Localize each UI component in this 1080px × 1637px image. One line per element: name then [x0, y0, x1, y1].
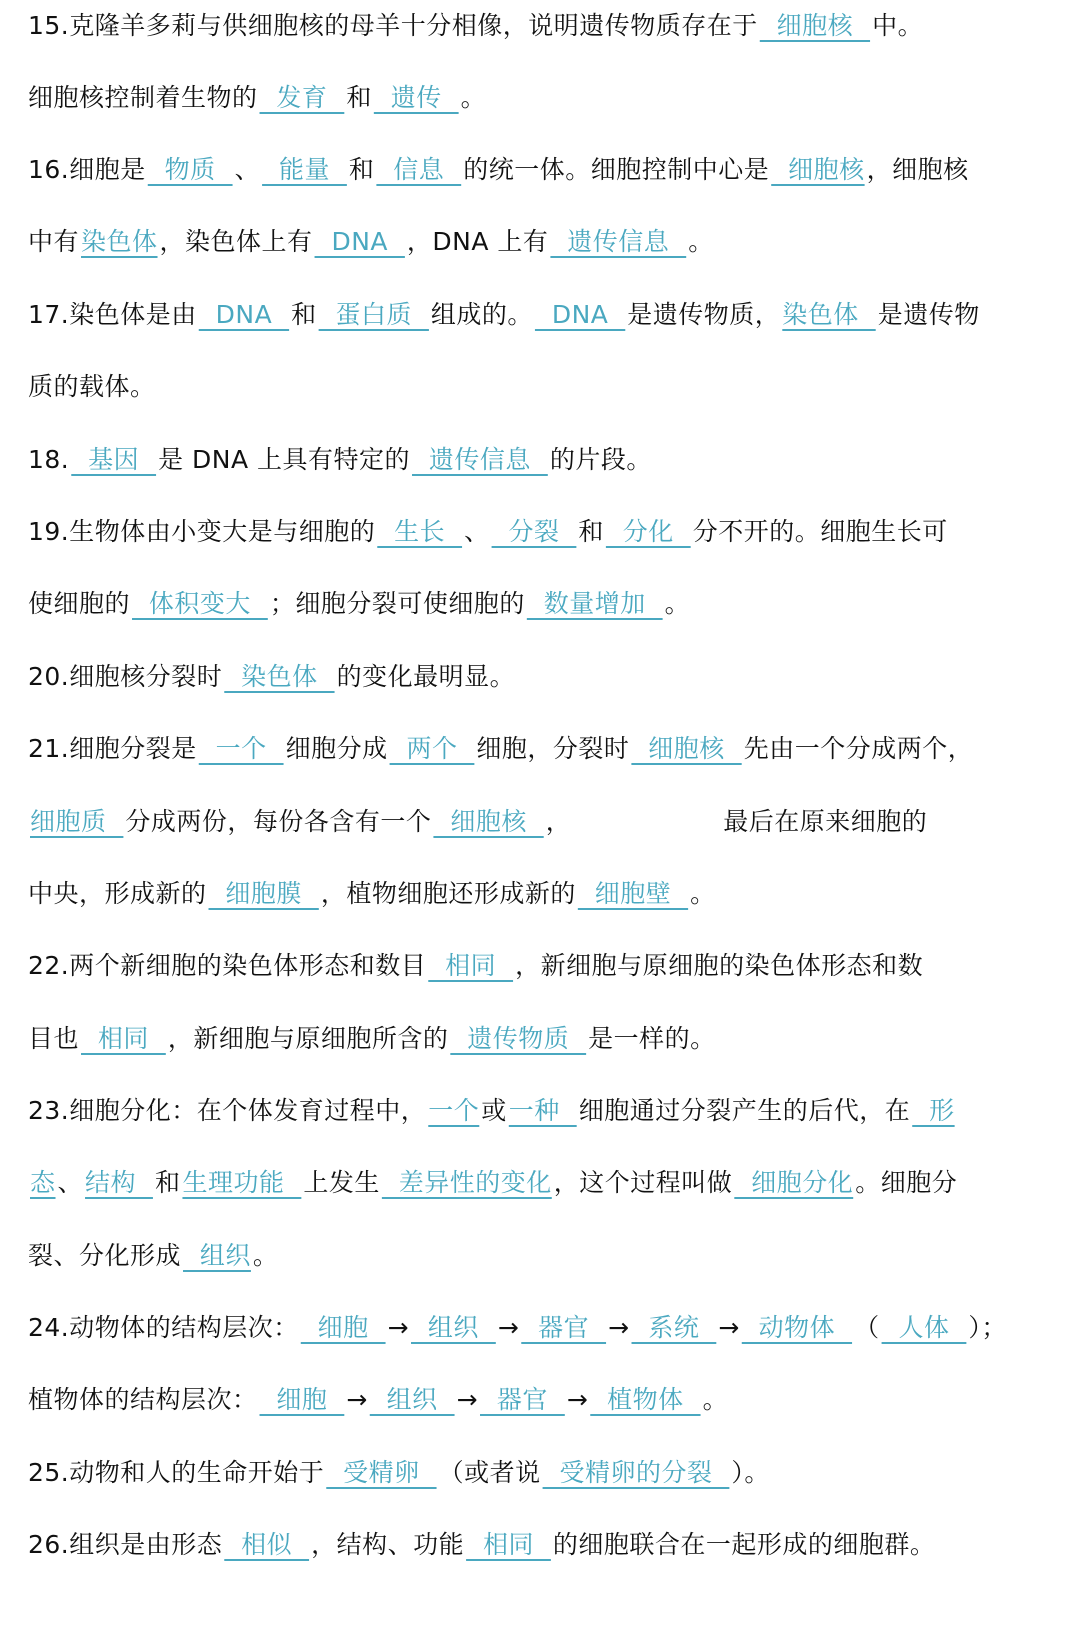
question-text: 。 — [688, 227, 714, 256]
question-text: 细胞通过分裂产生的后代，在 — [579, 1096, 911, 1125]
question-text: 组成的。 — [431, 300, 533, 329]
answer-blank: 生理功能 — [180, 1168, 303, 1197]
question-text: 的变化最明显。 — [337, 662, 516, 691]
question-text: ，细胞核 — [867, 155, 969, 184]
question-text: ；细胞分裂可使细胞的 — [270, 589, 525, 618]
text-line: 细胞质 分成两份，每份各含有一个 细胞核 ， 最后在原来细胞的 — [28, 802, 1070, 842]
text-line: 细胞核控制着生物的 发育 和 遗传 。 — [28, 78, 1070, 118]
question-text: 26.组织是由形态 — [28, 1530, 222, 1559]
question-text: 中。 — [872, 11, 923, 40]
question-text: 16.细胞是 — [28, 155, 146, 184]
question-text: 细胞分成 — [286, 734, 388, 763]
question-text: ，染色体上有 — [160, 227, 313, 256]
answer-blank: 人体 — [880, 1313, 969, 1342]
question-text: 或 — [481, 1096, 507, 1125]
answer-blank: 细胞核 — [431, 807, 545, 836]
question-text: 是 DNA 上具有特定的 — [158, 445, 410, 474]
question-text: ）； — [968, 1313, 1007, 1342]
answer-blank: 细胞质 — [28, 807, 125, 836]
text-line: 21.细胞分裂是 一个 细胞分成 两个 细胞，分裂时 细胞核 先由一个分成两个， — [28, 729, 1070, 769]
question-text: → — [567, 1385, 588, 1414]
question-text: 是遗传物 — [878, 300, 980, 329]
answer-blank: 一种 — [507, 1096, 579, 1125]
text-line: 17.染色体是由 DNA 和 蛋白质 组成的。 DNA 是遗传物质，染色体 是遗… — [28, 295, 1070, 335]
answer-blank: 染色体 — [222, 662, 336, 691]
question-text: 、 — [58, 1168, 84, 1197]
answer-blank: 染色体 — [79, 227, 160, 256]
question-text: 25.动物和人的生命开始于 — [28, 1458, 324, 1487]
question-text: 和 — [578, 517, 604, 546]
text-line: 20.细胞核分裂时 染色体 的变化最明显。 — [28, 657, 1070, 697]
question-text: 、 — [235, 155, 261, 184]
question-text: 裂、分化形成 — [28, 1241, 181, 1270]
answer-blank: 态 — [28, 1168, 58, 1197]
answer-blank: 细胞核 — [769, 155, 866, 184]
answer-blank: 蛋白质 — [317, 300, 431, 329]
question-text: 。细胞分 — [855, 1168, 957, 1197]
question-text: 是遗传物质， — [627, 300, 780, 329]
question-text: ，新细胞与原细胞所含的 — [168, 1024, 449, 1053]
question-text: → — [388, 1313, 409, 1342]
answer-blank: 物质 — [146, 155, 235, 184]
text-line: 中央，形成新的 细胞膜 ，植物细胞还形成新的 细胞壁 。 — [28, 874, 1070, 914]
answer-blank: 细胞壁 — [576, 879, 690, 908]
question-text: 细胞，分裂时 — [476, 734, 629, 763]
answer-blank: 相同 — [464, 1530, 553, 1559]
question-text: 17.染色体是由 — [28, 300, 197, 329]
answer-blank: DNA — [197, 300, 291, 329]
question-text: ，DNA 上有 — [407, 227, 549, 256]
question-text: ，新细胞与原细胞的染色体形态和数 — [515, 951, 923, 980]
answer-blank: 染色体 — [780, 300, 877, 329]
answer-blank: 相同 — [79, 1024, 168, 1053]
answer-blank: 一个 — [426, 1096, 481, 1125]
text-line: 23.细胞分化：在个体发育过程中，一个或一种 细胞通过分裂产生的后代，在 形 — [28, 1091, 1070, 1131]
answer-blank: 细胞 — [299, 1313, 388, 1342]
question-text: 细胞核控制着生物的 — [28, 83, 258, 112]
text-line: 19.生物体由小变大是与细胞的 生长 、 分裂 和 分化 分不开的。细胞生长可 — [28, 512, 1070, 552]
question-text: 使细胞的 — [28, 589, 130, 618]
question-text: ）。 — [731, 1458, 770, 1487]
question-text: → — [457, 1385, 478, 1414]
question-text: （或者说 — [439, 1458, 541, 1487]
answer-blank: 差异性的变化 — [380, 1168, 554, 1197]
question-text: 的片段。 — [550, 445, 652, 474]
answer-blank: 发育 — [258, 83, 347, 112]
answer-blank: 细胞核 — [758, 11, 872, 40]
question-text: ，这个过程叫做 — [554, 1168, 733, 1197]
question-text: 目也 — [28, 1024, 79, 1053]
question-text: 24.动物体的结构层次： — [28, 1313, 299, 1342]
question-text: 23.细胞分化：在个体发育过程中， — [28, 1096, 426, 1125]
question-text: ，植物细胞还形成新的 — [321, 879, 576, 908]
text-line: 15.克隆羊多莉与供细胞核的母羊十分相像，说明遗传物质存在于 细胞核 中。 — [28, 6, 1070, 46]
question-text: 。 — [690, 879, 716, 908]
text-line: 25.动物和人的生命开始于 受精卵 （或者说 受精卵的分裂 ）。 — [28, 1453, 1070, 1493]
question-text: 。 — [253, 1241, 279, 1270]
question-text: → — [608, 1313, 629, 1342]
answer-blank: 形 — [910, 1096, 956, 1125]
question-text: 上发生 — [303, 1168, 380, 1197]
question-text: 20.细胞核分裂时 — [28, 662, 222, 691]
question-text: 18. — [28, 445, 69, 474]
answer-blank: 细胞 — [258, 1385, 347, 1414]
question-text: → — [498, 1313, 519, 1342]
answer-blank: 结构 — [83, 1168, 155, 1197]
answer-blank: 体积变大 — [130, 589, 270, 618]
text-line: 使细胞的 体积变大 ；细胞分裂可使细胞的 数量增加 。 — [28, 584, 1070, 624]
answer-blank: 组织 — [181, 1241, 253, 1270]
answer-blank: 分化 — [604, 517, 693, 546]
question-text: 。 — [461, 83, 487, 112]
question-text: 和 — [155, 1168, 181, 1197]
answer-blank: 器官 — [519, 1313, 608, 1342]
answer-blank: 一个 — [197, 734, 286, 763]
question-text: 是一样的。 — [588, 1024, 716, 1053]
question-text: （ — [854, 1313, 880, 1342]
question-text: 。 — [703, 1385, 729, 1414]
question-text: 19.生物体由小变大是与细胞的 — [28, 517, 375, 546]
answer-blank: 细胞分化 — [732, 1168, 855, 1197]
answer-blank: 细胞核 — [629, 734, 743, 763]
question-text: 和 — [349, 155, 375, 184]
text-line: 24.动物体的结构层次： 细胞 → 组织 → 器官 → 系统 → 动物体 （ 人… — [28, 1308, 1070, 1348]
text-line: 目也 相同 ，新细胞与原细胞所含的 遗传物质 是一样的。 — [28, 1019, 1070, 1059]
answer-blank: 生长 — [375, 517, 464, 546]
answer-blank: 动物体 — [740, 1313, 854, 1342]
question-text: ， 最后在原来细胞的 — [546, 807, 928, 836]
answer-blank: 能量 — [260, 155, 349, 184]
answer-blank: DNA — [533, 300, 627, 329]
answer-blank: 组织 — [368, 1385, 457, 1414]
question-text: → — [346, 1385, 367, 1414]
question-text: 先由一个分成两个， — [744, 734, 974, 763]
question-text: ，结构、功能 — [311, 1530, 464, 1559]
question-text: 中央，形成新的 — [28, 879, 207, 908]
answer-blank: 遗传信息 — [410, 445, 550, 474]
question-text: 中有 — [28, 227, 79, 256]
answer-blank: 受精卵的分裂 — [541, 1458, 732, 1487]
text-line: 18. 基因 是 DNA 上具有特定的 遗传信息 的片段。 — [28, 440, 1070, 480]
question-text: 21.细胞分裂是 — [28, 734, 197, 763]
question-text: 分成两份，每份各含有一个 — [125, 807, 431, 836]
answer-blank: 植物体 — [588, 1385, 702, 1414]
answer-blank: 组织 — [409, 1313, 498, 1342]
answer-blank: 信息 — [374, 155, 463, 184]
answer-blank: 器官 — [478, 1385, 567, 1414]
question-text: → — [718, 1313, 739, 1342]
question-text: 15.克隆羊多莉与供细胞核的母羊十分相像，说明遗传物质存在于 — [28, 11, 758, 40]
question-text: 分不开的。细胞生长可 — [693, 517, 948, 546]
text-line: 态、结构 和生理功能 上发生 差异性的变化，这个过程叫做 细胞分化。细胞分 — [28, 1163, 1070, 1203]
answer-blank: 遗传物质 — [448, 1024, 588, 1053]
question-text: 、 — [464, 517, 490, 546]
answer-blank: 遗传 — [372, 83, 461, 112]
answer-blank: 相似 — [222, 1530, 311, 1559]
question-text: 质的载体。 — [28, 372, 156, 401]
question-text: 的统一体。细胞控制中心是 — [463, 155, 769, 184]
question-text: 22.两个新细胞的染色体形态和数目 — [28, 951, 426, 980]
text-line: 16.细胞是 物质 、 能量 和 信息 的统一体。细胞控制中心是 细胞核，细胞核 — [28, 150, 1070, 190]
text-line: 22.两个新细胞的染色体形态和数目 相同 ，新细胞与原细胞的染色体形态和数 — [28, 946, 1070, 986]
text-line: 26.组织是由形态 相似 ，结构、功能 相同 的细胞联合在一起形成的细胞群。 — [28, 1525, 1070, 1565]
text-line: 裂、分化形成 组织。 — [28, 1236, 1070, 1276]
text-line: 质的载体。 — [28, 367, 1070, 407]
answer-blank: 受精卵 — [324, 1458, 438, 1487]
question-text: 。 — [665, 589, 691, 618]
answer-blank: 两个 — [388, 734, 477, 763]
answer-blank: DNA — [313, 227, 407, 256]
answer-blank: 分裂 — [490, 517, 579, 546]
text-line: 植物体的结构层次： 细胞 → 组织 → 器官 → 植物体 。 — [28, 1380, 1070, 1420]
text-line: 中有染色体，染色体上有 DNA ，DNA 上有 遗传信息 。 — [28, 222, 1070, 262]
answer-blank: 基因 — [69, 445, 158, 474]
question-text: 和 — [291, 300, 317, 329]
answer-blank: 相同 — [426, 951, 515, 980]
question-text: 的细胞联合在一起形成的细胞群。 — [553, 1530, 936, 1559]
answer-blank: 细胞膜 — [207, 879, 321, 908]
answer-blank: 系统 — [630, 1313, 719, 1342]
answer-blank: 遗传信息 — [548, 227, 688, 256]
question-text: 植物体的结构层次： — [28, 1385, 258, 1414]
question-text: 和 — [346, 83, 372, 112]
answer-blank: 数量增加 — [525, 589, 665, 618]
